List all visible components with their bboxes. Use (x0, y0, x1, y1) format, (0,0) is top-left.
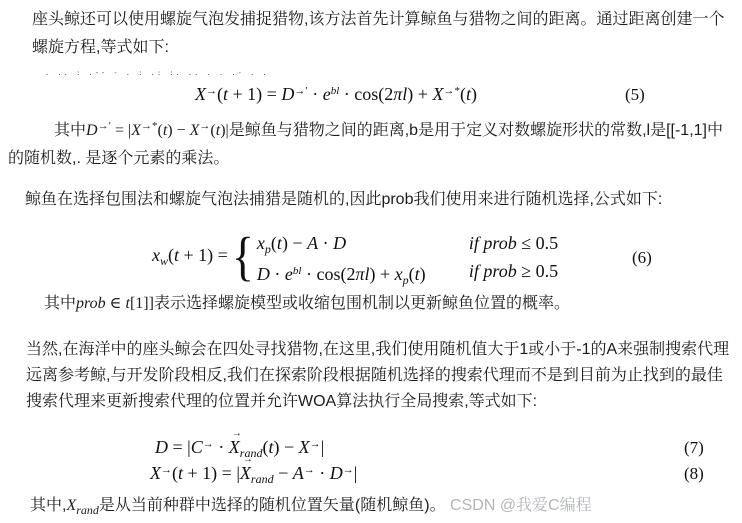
eq6-case2-cond: if prob ≥ 0.5 (469, 257, 558, 285)
paragraph-prob-intro: 鲸鱼在选择包围法和螺旋气泡法捕猎是随机的,因此prob我们使用来进行随机选择,公… (25, 186, 740, 214)
equation-8-label: (8) (684, 464, 704, 484)
csdn-watermark: CSDN @我爱C编程 (450, 497, 592, 514)
paragraph-intro: 座头鲸还可以使用螺旋气泡发捕捉猎物,该方法首先计算鲸鱼与猎物之间的距离。通过距离… (32, 6, 734, 62)
equation-5-label: (5) (625, 85, 645, 105)
paragraph-xrand-explain: 其中,Xrand是从当前种群中选择的随机位置矢量(随机鲸鱼)。 CSDN @我爱… (30, 492, 742, 523)
paragraph-exploration: 当然,在海洋中的座头鲸会在四处寻找猎物,在这里,我们使用随机值大于1或小于-1的… (26, 337, 736, 415)
eq6-lhs: xw(t + 1) = (152, 245, 228, 269)
paragraph-prob-explain: 其中prob ∈ t[1]]表示选择螺旋模型或收缩包围机制以更新鲸鱼位置的概率。 (8, 290, 736, 318)
equation-6: xw(t + 1) = { xp(t) − A · D if prob ≤ 0.… (152, 228, 558, 286)
eq6-brace: { (232, 224, 254, 290)
eq6-case1-cond: if prob ≤ 0.5 (469, 229, 558, 257)
clipped-line-artifact: . .. : .-- - . : .: :. .. . . .- . . (45, 70, 277, 76)
equation-6-label: (6) (632, 248, 652, 268)
equation-5-formula: X→(t + 1) = D→′ · ebl · cos(2πl) + X→*(t… (195, 84, 477, 105)
equation-7-label: (7) (684, 438, 704, 458)
document-page: 座头鲸还可以使用螺旋气泡发捕捉猎物,该方法首先计算鲸鱼与猎物之间的距离。通过距离… (0, 0, 742, 523)
xrand-text: 其中,Xrand是从当前种群中选择的随机位置矢量(随机鲸鱼)。 (30, 497, 446, 514)
equation-8-formula: X→(t + 1) = |→Xrand − A→ · D→| (150, 463, 357, 487)
eq6-case2-expr: D · ebl · cos(2πl) + xp(t) (257, 257, 469, 285)
equation-7-formula: D = |C→ · →Xrand(t) − X→| (155, 437, 324, 461)
paragraph-eq5-explain: 其中D→′ = |X→*(t) − X→(t)|是鲸鱼与猎物之间的距离,b是用于… (8, 112, 736, 173)
eq6-case1-expr: xp(t) − A · D (257, 229, 469, 257)
eq6-cases: xp(t) − A · D if prob ≤ 0.5 D · ebl · co… (257, 229, 558, 285)
